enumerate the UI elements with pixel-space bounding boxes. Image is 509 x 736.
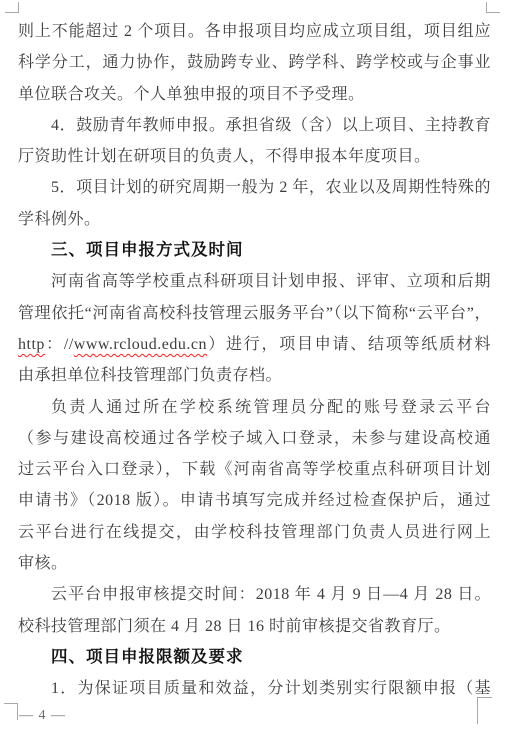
doc-line: 云平台进行在线提交，由学校科技管理部门负责人员进行网上 [18, 517, 491, 548]
page-number: — 4 — [19, 706, 66, 726]
crop-mark-top-right [486, 2, 500, 13]
doc-line: 负责人通过所在学校系统管理员分配的账号登录云平台 [18, 392, 491, 423]
doc-line: 科学分工，通力协作，鼓励跨专业、跨学科、跨学校或与企事业 [18, 47, 491, 78]
document-page: 则上不能超过 2 个项目。各申报项目均应成立项目组，项目组应科学分工，通力协作，… [0, 0, 509, 736]
doc-line: 申请书》（2018 版）。申请书填写完成并经过检查保护后，通过 [18, 485, 491, 516]
spellcheck-underlined-text: www.rcloud.edu.cn [74, 336, 207, 353]
doc-line: （参与建设高校通过各学校子域入口登录，未参与建设高校通 [18, 423, 491, 454]
doc-line: 则上不能超过 2 个项目。各申报项目均应成立项目组，项目组应 [18, 16, 491, 47]
document-text-area: 则上不能超过 2 个项目。各申报项目均应成立项目组，项目组应科学分工，通力协作，… [18, 16, 491, 705]
doc-line: 校科技管理部门须在 4 月 28 日 16 时前审核提交省教育厅。 [18, 611, 491, 642]
crop-mark-top-left [5, 2, 19, 13]
crop-mark-bottom-left [4, 703, 18, 720]
doc-line: 4．鼓励青年教师申报。承担省级（含）以上项目、主持教育 [18, 110, 491, 141]
doc-line: 管理依托“河南省高校科技管理云服务平台”（以下简称“云平台”， [18, 298, 491, 329]
doc-line: 学科例外。 [18, 204, 491, 235]
doc-line: 河南省高等学校重点科研项目计划申报、评审、立项和后期 [18, 266, 491, 297]
doc-line: 厅资助性计划在研项目的负责人，不得申报本年度项目。 [18, 141, 491, 172]
spellcheck-underlined-text: http [18, 336, 45, 353]
doc-line: 单位联合攻关。个人单独申报的项目不予受理。 [18, 79, 491, 110]
doc-line: 5．项目计划的研究周期一般为 2 年，农业以及周期性特殊的 [18, 172, 491, 203]
doc-line: 审核。 [18, 548, 491, 579]
doc-text: ：// [45, 336, 74, 353]
doc-line: 过云平台入口登录），下载《河南省高等学校重点科研项目计划 [18, 454, 491, 485]
doc-line: 1．为保证项目质量和效益，分计划类别实行限额申报（基 [18, 673, 491, 704]
section-heading: 三、项目申报方式及时间 [18, 235, 491, 266]
doc-line: 云平台申报审核提交时间：2018 年 4 月 9 日—4 月 28 日。学 [18, 579, 491, 610]
doc-line: http：//www.rcloud.edu.cn）进行，项目申请、结项等纸质材料 [18, 329, 491, 360]
doc-line: 由承担单位科技管理部门负责存档。 [18, 360, 491, 391]
section-heading: 四、项目申报限额及要求 [18, 642, 491, 673]
doc-text: ）进行，项目申请、结项等纸质材料 [207, 336, 491, 353]
